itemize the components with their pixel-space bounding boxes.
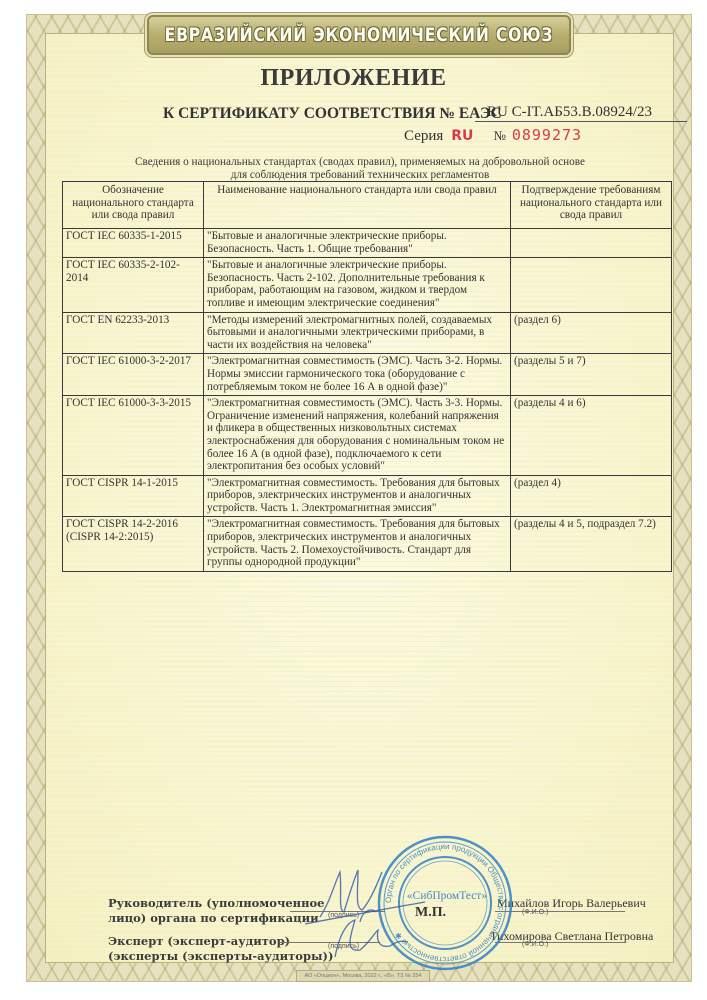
series-label: Серия <box>404 128 443 144</box>
table-row: ГОСТ CISPR 14-1-2015"Электромагнитная со… <box>63 475 672 517</box>
printer-imprint: АО «Опцион», Москва, 2022 г., «Б», Т3 № … <box>296 970 430 982</box>
cell-code: ГОСТ IEC 61000-3-2-2017 <box>63 354 204 396</box>
header-confirmation: Подтверждение требованиям национального … <box>511 182 672 229</box>
certificate-label: К СЕРТИФИКАТУ СООТВЕТСТВИЯ № ЕАЭС <box>163 105 502 123</box>
head-fio-caption: (Ф.И.О.) <box>522 909 548 916</box>
certificate-number: RU С-IT.АБ53.В.08924/23 <box>475 104 687 122</box>
cell-code: ГОСТ IEC 60335-2-102-2014 <box>63 258 204 312</box>
union-banner: ЕВРАЗИЙСКИЙ ЭКОНОМИЧЕСКИЙ СОЮЗ <box>147 15 571 55</box>
cell-name: "Бытовые и аналогичные электрические при… <box>204 258 511 312</box>
header-name: Наименование национального стандарта или… <box>204 182 511 229</box>
cell-confirmation <box>511 258 672 312</box>
intro-text: Сведения о национальных стандартах (свод… <box>60 156 660 181</box>
table-row: ГОСТ IEC 61000-3-2-2017"Электромагнитная… <box>63 354 672 396</box>
series-value: RU <box>451 128 473 144</box>
form-number: 0899273 <box>512 126 582 144</box>
table-row: ГОСТ IEC 60335-1-2015"Бытовые и аналогич… <box>63 229 672 258</box>
cell-name: "Электромагнитная совместимость. Требова… <box>204 517 511 571</box>
head-label-line-1: Руководитель (уполномоченное <box>108 896 325 911</box>
cell-confirmation: (раздел 6) <box>511 312 672 354</box>
table-header-row: Обозначение национального стандарта или … <box>63 182 672 229</box>
cell-name: "Электромагнитная совместимость (ЭМС). Ч… <box>204 396 511 476</box>
head-name: Михайлов Игорь Валерьевич <box>497 896 646 911</box>
document-title: ПРИЛОЖЕНИЕ <box>0 65 707 92</box>
cell-confirmation: (разделы 5 и 7) <box>511 354 672 396</box>
series-line: СерияRU№0899273 <box>404 126 582 145</box>
union-banner-text: ЕВРАЗИЙСКИЙ ЭКОНОМИЧЕСКИЙ СОЮЗ <box>165 24 554 46</box>
cell-confirmation: (раздел 4) <box>511 475 672 517</box>
standards-table: Обозначение национального стандарта или … <box>62 181 672 572</box>
cell-confirmation: (разделы 4 и 5, подраздел 7.2) <box>511 517 672 571</box>
intro-line-2: для соблюдения требований технических ре… <box>60 169 660 182</box>
cell-code: ГОСТ IEC 60335-1-2015 <box>63 229 204 258</box>
cell-code: ГОСТ CISPR 14-1-2015 <box>63 475 204 517</box>
expert-fio-caption: (Ф.И.О.) <box>522 941 548 948</box>
cell-confirmation <box>511 229 672 258</box>
table-row: ГОСТ IEC 61000-3-3-2015"Электромагнитная… <box>63 396 672 476</box>
table-row: ГОСТ EN 62233-2013"Методы измерений элек… <box>63 312 672 354</box>
cell-confirmation: (разделы 4 и 6) <box>511 396 672 476</box>
cell-code: ГОСТ CISPR 14-2-2016 (CISPR 14-2:2015) <box>63 517 204 571</box>
number-sign: № <box>493 128 505 143</box>
header-code: Обозначение национального стандарта или … <box>63 182 204 229</box>
cell-code: ГОСТ IEC 61000-3-3-2015 <box>63 396 204 476</box>
cell-name: "Электромагнитная совместимость. Требова… <box>204 475 511 517</box>
head-label-line-2: лицо) органа по сертификации <box>108 911 325 926</box>
cell-name: "Электромагнитная совместимость (ЭМС). Ч… <box>204 354 511 396</box>
cell-name: "Методы измерений электромагнитных полей… <box>204 312 511 354</box>
cell-code: ГОСТ EN 62233-2013 <box>63 312 204 354</box>
cell-name: "Бытовые и аналогичные электрические при… <box>204 229 511 258</box>
handwritten-signature-icon <box>300 862 430 972</box>
intro-line-1: Сведения о национальных стандартах (свод… <box>60 156 660 169</box>
table-body: ГОСТ IEC 60335-1-2015"Бытовые и аналогич… <box>63 229 672 572</box>
table-row: ГОСТ CISPR 14-2-2016 (CISPR 14-2:2015)"Э… <box>63 517 672 571</box>
table-row: ГОСТ IEC 60335-2-102-2014"Бытовые и анал… <box>63 258 672 312</box>
